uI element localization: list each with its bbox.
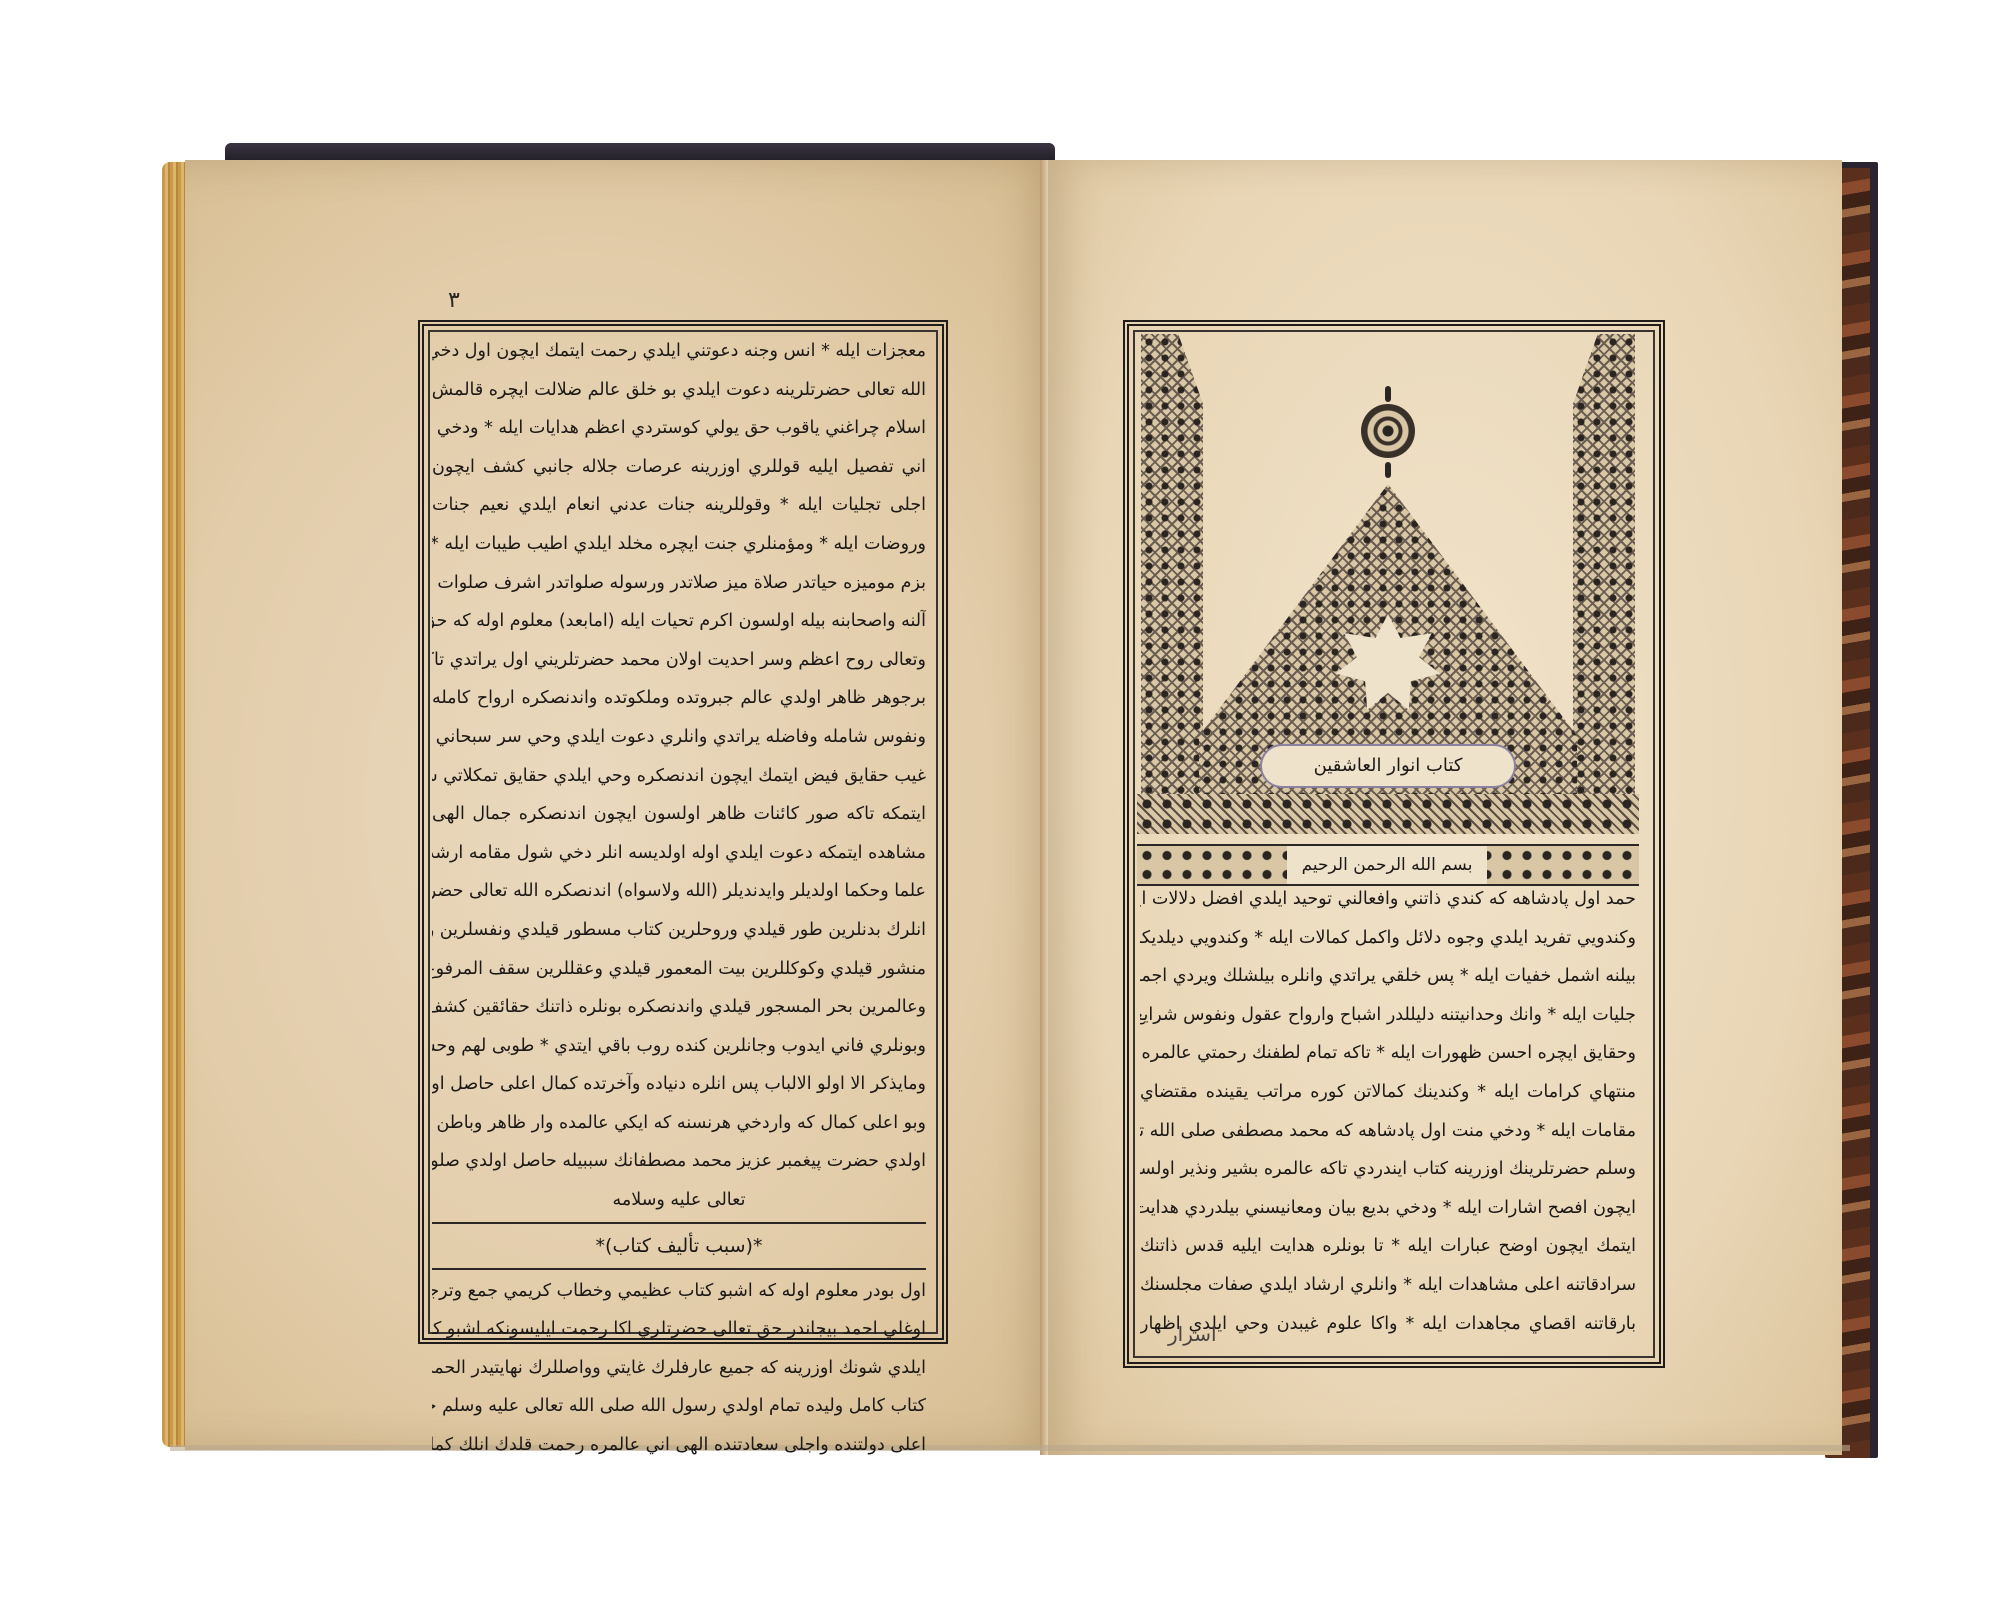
text-line: اوغلي احمد بيجاندر حق تعالى حضرتلري اكا … xyxy=(432,1310,926,1349)
text-line: ايچون افصح اشارات ايله * ودخي بديع بيان … xyxy=(1140,1189,1636,1228)
divider-rule xyxy=(432,1268,926,1270)
right-text-block: حمد اول پادشاهه كه كندي ذاتني وافعالني ت… xyxy=(1140,880,1636,1343)
text-line: آلنه واصحابنه بيله اولسون اكرم تحيات ايل… xyxy=(432,602,926,641)
illuminated-headpiece: كتاب انوار العاشقين بسم الله الرحمن الرح… xyxy=(1137,334,1639,874)
book-bottom-shadow xyxy=(170,1445,1850,1451)
text-line-closing: تعالى عليه وسلامه xyxy=(432,1181,926,1220)
divider-rule xyxy=(432,1222,926,1224)
text-line: بيلنه اشمل خفيات ايله * پس خلقي يراتدي و… xyxy=(1140,957,1636,996)
text-line: غيب حقايق فيض ايتمك ايچون اندنصكره وحي ا… xyxy=(432,757,926,796)
text-line: وروضات ايله * ومؤمنلري جنت ايچره مخلد اي… xyxy=(432,525,926,564)
text-line: ونفوس شامله وفاضله يراتدي وانلري دعوت اي… xyxy=(432,718,926,757)
text-line: وعالمرين بحر المسجور قيلدي واندنصكره بون… xyxy=(432,988,926,1027)
text-line: اول بودر معلوم اوله كه اشبو كتاب عظيمي و… xyxy=(432,1272,926,1311)
text-line: علما وحكما اولديلر وايدنديلر (الله ولاسو… xyxy=(432,872,926,911)
text-line: وسلم حضرتلرينك اوزرينه كتاب ايندردي تاكه… xyxy=(1140,1150,1636,1189)
right-ornamental-pillar xyxy=(1573,334,1635,834)
left-ornamental-pillar xyxy=(1141,334,1203,834)
text-line: معجزات ايله * انس وجنه دعوتني ايلدي رحمت… xyxy=(432,332,926,371)
text-line: ايتمكه تاكه صور كائنات ظاهر اولسون ايچون… xyxy=(432,795,926,834)
page-number: ٣ xyxy=(448,288,460,313)
quatrefoil-finial-icon xyxy=(1361,404,1415,458)
section-heading: *(سبب تأليف كتاب)* xyxy=(432,1226,926,1266)
text-line: حمد اول پادشاهه كه كندي ذاتني وافعالني ت… xyxy=(1140,880,1636,919)
text-line: اني تفصيل ايليه قوللري اوزرينه عرصات جلا… xyxy=(432,448,926,487)
text-line: اجلى تجليات ايله * وقوللرينه جنات عدني ا… xyxy=(432,486,926,525)
text-line: وحقايق ايچره احسن ظهورات ايله * تاكه تما… xyxy=(1140,1034,1636,1073)
text-line: وكندويي تفريد ايلدي وجوه دلائل واكمل كما… xyxy=(1140,919,1636,958)
text-line: جليات ايله * وانك وحدانيتنه دليللدر اشبا… xyxy=(1140,996,1636,1035)
text-line: كتاب كامل وليده تمام اولدي رسول الله صلى… xyxy=(432,1387,926,1426)
text-line: منتهاي كرامات ايله * وكندينك كمالاتن كور… xyxy=(1140,1073,1636,1112)
catchword: اسرار xyxy=(1168,1322,1217,1346)
open-book: ٣ معجزات ايله * انس وجنه دعوتني ايلدي رح… xyxy=(0,0,2000,1600)
text-line: اعلى دولتنده واجلى سعادتنده الهى اني عال… xyxy=(432,1426,926,1465)
text-line: برجوهر ظاهر اولدي عالم جبروتده وملكوتده … xyxy=(432,679,926,718)
text-line: اولدي حضرت پيغمبر عزيز محمد مصطفانك سببي… xyxy=(432,1142,926,1181)
book-title-cartouche: كتاب انوار العاشقين xyxy=(1262,746,1514,786)
text-line: سرادقاتنه اعلى مشاهدات ايله * وانلري ارش… xyxy=(1140,1266,1636,1305)
text-line: الله تعالى حضرتلرينه دعوت ايلدي بو خلق ع… xyxy=(432,371,926,410)
finial-tip-icon xyxy=(1385,386,1391,402)
text-line: مشاهده ايتمكه دعوت ايلدي اوله اولديسه ان… xyxy=(432,834,926,873)
text-line: ومايذكر الا اولو الالباب پس انلره دنياده… xyxy=(432,1065,926,1104)
text-line: اسلام چراغني ياقوب حق يولي كوستردي اعظم … xyxy=(432,409,926,448)
floral-band xyxy=(1137,794,1639,834)
book-gutter xyxy=(1040,160,1048,1455)
text-line: ايلدي شونك اوزرينه كه جميع عارفلرك غايتي… xyxy=(432,1349,926,1388)
text-line: وبونلري فاني ايدوب وجانلرين كنده روب باق… xyxy=(432,1027,926,1066)
finial-stem-icon xyxy=(1385,462,1391,478)
text-line: بزم موميزه حياتدر صلاة ميز صلاتدر ورسوله… xyxy=(432,564,926,603)
left-text-block: معجزات ايله * انس وجنه دعوتني ايلدي رحمت… xyxy=(432,332,926,1465)
text-line: وبو اعلى كمال كه واردخي هرنسنه كه ايكي ع… xyxy=(432,1104,926,1143)
text-line: منشور قيلدي وكوكللرين بيت المعمور قيلدي … xyxy=(432,950,926,989)
text-line: ايتمك ايچون اوضح عبارات ايله * تا بونلره… xyxy=(1140,1227,1636,1266)
text-line: مقامات ايله * ودخي منت اول پادشاهه كه مح… xyxy=(1140,1112,1636,1151)
basmala-text: بسم الله الرحمن الرحيم xyxy=(1287,846,1487,884)
text-line: وتعالى روح اعظم وسر احديت اولان محمد حضر… xyxy=(432,641,926,680)
text-line: انلرك بدنلرين طور قيلدي وروحلرين كتاب مس… xyxy=(432,911,926,950)
